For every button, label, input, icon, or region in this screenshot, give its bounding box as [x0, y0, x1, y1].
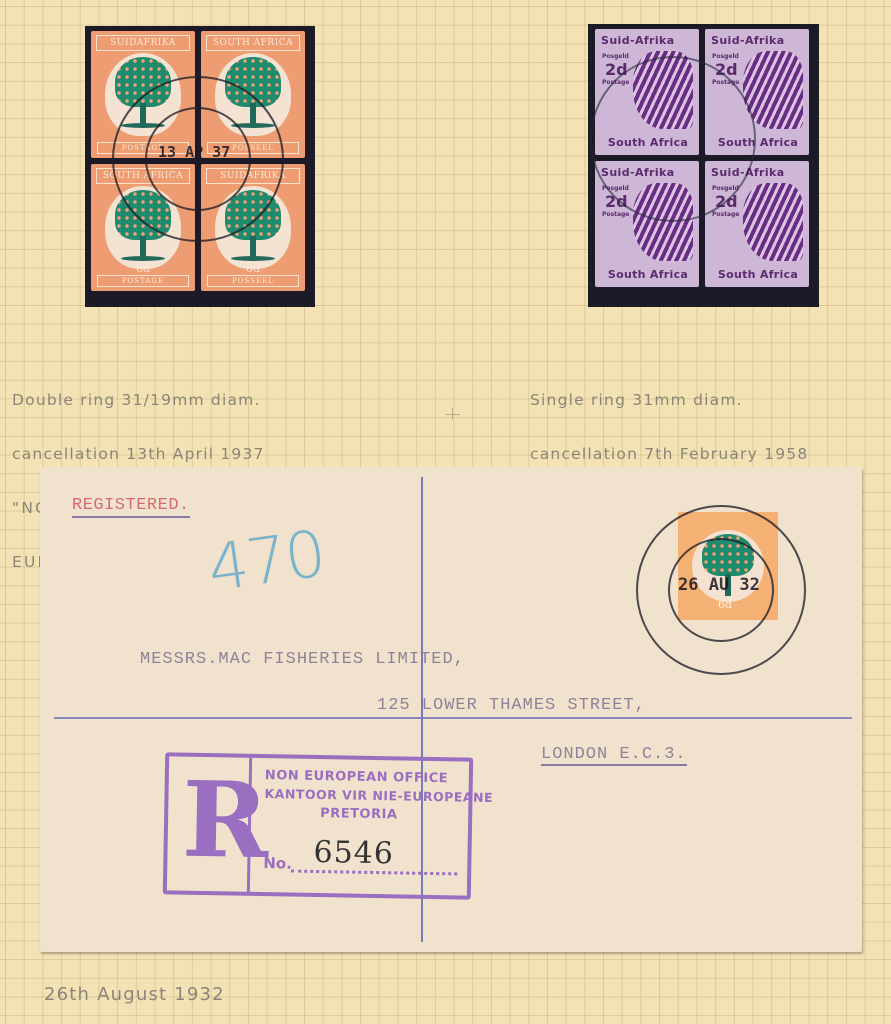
stamp-country-label: SUIDAFRIKA — [96, 35, 190, 51]
postmark-date: 13 AP 37 — [158, 143, 230, 161]
stamp-value: 6d — [136, 262, 150, 275]
postmark-date: 26 AU 32 — [678, 575, 760, 595]
note-line: cancellation 13th April 1937 — [12, 445, 289, 463]
stamp-country-label: SOUTH AFRICA — [206, 35, 300, 51]
address-line-street: 125 LOWER THAMES STREET, — [377, 696, 646, 715]
pencil-number: 470 — [203, 517, 328, 606]
registration-no-label: No. — [263, 854, 292, 872]
stamp-country-label: Suid-Afrika — [601, 34, 695, 47]
tree-ground — [121, 256, 165, 261]
stamp-value: 6d — [246, 262, 260, 275]
cover-postmark: 26 AU 32 — [636, 505, 806, 675]
registration-r-letter: R — [181, 765, 243, 876]
stamp-postage-label: Postage — [712, 211, 739, 218]
note-line: cancellation 7th February 1958 — [530, 445, 808, 463]
registration-city: PRETORIA — [320, 806, 398, 822]
pencil-cross-mark — [446, 414, 460, 415]
stamp-posgeld-label: Posgeld — [712, 53, 739, 60]
stamp-postage-label: POSTAGE — [97, 275, 189, 287]
registered-envelope: REGISTERED. 470 MESSRS.MAC FISHERIES LIM… — [40, 467, 862, 952]
address-line-city: LONDON E.C.3. — [541, 745, 687, 766]
stamp-posgeld-label: Posgeld — [602, 53, 629, 60]
stamp-postage-label: Postage — [602, 211, 629, 218]
note-line: Single ring 31mm diam. — [530, 391, 808, 409]
stamp-country-label: Suid-Afrika — [711, 34, 805, 47]
tree-ground — [231, 256, 275, 261]
address-line-name: MESSRS.MAC FISHERIES LIMITED, — [140, 650, 465, 669]
bottom-date-note: 26th August 1932 — [44, 986, 225, 1004]
registration-crossline-horizontal — [54, 717, 852, 719]
left-postmark: 13 AP 37 — [112, 76, 284, 242]
tree-trunk — [140, 236, 146, 258]
tree-trunk — [250, 236, 256, 258]
right-postmark — [590, 56, 756, 222]
pencil-cross-mark-v — [452, 408, 453, 420]
stamp-country-label-en: South Africa — [711, 268, 805, 281]
stamp-postage-label: POSSEEL — [207, 275, 299, 287]
registration-number: 6546 — [313, 835, 394, 871]
registration-office-af: KANTOOR VIR NIE-EUROPEANE — [264, 786, 493, 805]
stamp-country-label-en: South Africa — [601, 268, 695, 281]
note-line: Double ring 31/19mm diam. — [12, 391, 289, 409]
registration-label: R NON EUROPEAN OFFICE KANTOOR VIR NIE-EU… — [163, 752, 473, 899]
registered-label: REGISTERED. — [72, 496, 190, 518]
registration-office-en: NON EUROPEAN OFFICE — [265, 768, 449, 786]
zebra-icon — [743, 183, 803, 261]
